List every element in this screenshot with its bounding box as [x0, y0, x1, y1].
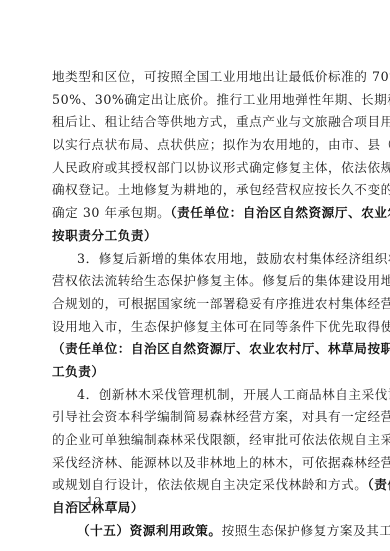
bold-text-span: （责任单位：自治区自然资源厅、农业农村厅: [170, 205, 390, 220]
text-line: 人民政府或其授权部门以协议形式确定修复主体，依法依规办理: [52, 157, 346, 180]
bold-text-span: （十五）资源利用政策。: [77, 523, 222, 538]
text-line: 以实行点状布局、点状供应；拟作为农用地的，由市、县（区）: [52, 134, 346, 157]
text-span: 确权登记。土地修复为耕地的，承包经营权应按长久不变的原则: [52, 182, 390, 197]
text-line: 按职责分工负责）: [52, 225, 346, 248]
text-span: 或规划自行设计，依法依规自主决定采伐林龄和方式。: [52, 477, 367, 492]
text-line: 营权依法流转给生态保护修复主体。修复后的集体建设用地，符: [52, 270, 346, 293]
text-span: 的企业可单独编制森林采伐限额，经审批可依法依规自主采伐；: [52, 432, 390, 447]
text-line: 确定 30 年承包期。（责任单位：自治区自然资源厅、农业农村厅: [52, 202, 346, 225]
text-span: 合规划的，可根据国家统一部署稳妥有序推进农村集体经营性建: [52, 296, 390, 311]
text-line: 工负责）: [52, 361, 346, 384]
bold-text-span: （责任单位：: [367, 477, 390, 492]
document-body: 地类型和区位，可按照全国工业用地出让最低价标准的 70%、60%、50%、30%…: [52, 66, 346, 542]
text-span: 采伐经济林、能源林以及非林地上的林木，可依据森林经营方案: [52, 455, 390, 470]
bold-text-span: 按职责分工负责）: [52, 228, 157, 243]
bold-text-span: 工负责）: [52, 364, 105, 379]
text-line: 的企业可单独编制森林采伐限额，经审批可依法依规自主采伐；: [52, 429, 346, 452]
text-line: （十五）资源利用政策。按照生态保护修复方案及其工程设: [52, 520, 346, 543]
bold-text-span: （责任单位：自治区自然资源厅、农业农村厅、林草局按职责分: [52, 341, 390, 356]
text-line: 合规划的，可根据国家统一部署稳妥有序推进农村集体经营性建: [52, 293, 346, 316]
text-span: 3．修复后新增的集体农用地，鼓励农村集体经济组织将经: [77, 251, 390, 266]
text-line: 地类型和区位，可按照全国工业用地出让最低价标准的 70%、60%、: [52, 66, 346, 89]
text-span: 以实行点状布局、点状供应；拟作为农用地的，由市、县（区）: [52, 137, 390, 152]
text-span: 设用地入市，生态保护修复主体可在同等条件下优先取得使用权。: [52, 319, 390, 334]
text-span: 50%、30%确定出让底价。推行工业用地弹性年期、长期租赁、先: [52, 92, 390, 107]
text-line: 引导社会资本科学编制简易森林经营方案，对具有一定经营规模: [52, 406, 346, 429]
text-span: 地类型和区位，可按照全国工业用地出让最低价标准的 70%、60%、: [52, 69, 390, 84]
text-span: 引导社会资本科学编制简易森林经营方案，对具有一定经营规模: [52, 409, 390, 424]
text-line: 50%、30%确定出让底价。推行工业用地弹性年期、长期租赁、先: [52, 89, 346, 112]
text-span: 确定 30 年承包期。: [52, 205, 170, 220]
text-span: 人民政府或其授权部门以协议形式确定修复主体，依法依规办理: [52, 160, 390, 175]
text-line: 采伐经济林、能源林以及非林地上的林木，可依据森林经营方案: [52, 452, 346, 475]
text-line: 设用地入市，生态保护修复主体可在同等条件下优先取得使用权。: [52, 316, 346, 339]
page-number: — 12 —: [70, 495, 119, 508]
document-page: 地类型和区位，可按照全国工业用地出让最低价标准的 70%、60%、50%、30%…: [0, 0, 390, 551]
text-line: （责任单位：自治区自然资源厅、农业农村厅、林草局按职责分: [52, 338, 346, 361]
text-span: 租后让、租让结合等供地方式，重点产业与文旅融合项目用地可: [52, 114, 390, 129]
text-line: 4．创新林木采伐管理机制，开展人工商品林自主采伐试点，: [52, 384, 346, 407]
text-span: 按照生态保护修复方案及其工程设: [222, 523, 390, 538]
text-span: 4．创新林木采伐管理机制，开展人工商品林自主采伐试点，: [77, 387, 390, 402]
text-line: 3．修复后新增的集体农用地，鼓励农村集体经济组织将经: [52, 248, 346, 271]
text-line: 或规划自行设计，依法依规自主决定采伐林龄和方式。（责任单位：: [52, 474, 346, 497]
text-span: 营权依法流转给生态保护修复主体。修复后的集体建设用地，符: [52, 273, 390, 288]
text-line: 确权登记。土地修复为耕地的，承包经营权应按长久不变的原则: [52, 179, 346, 202]
text-line: 租后让、租让结合等供地方式，重点产业与文旅融合项目用地可: [52, 111, 346, 134]
